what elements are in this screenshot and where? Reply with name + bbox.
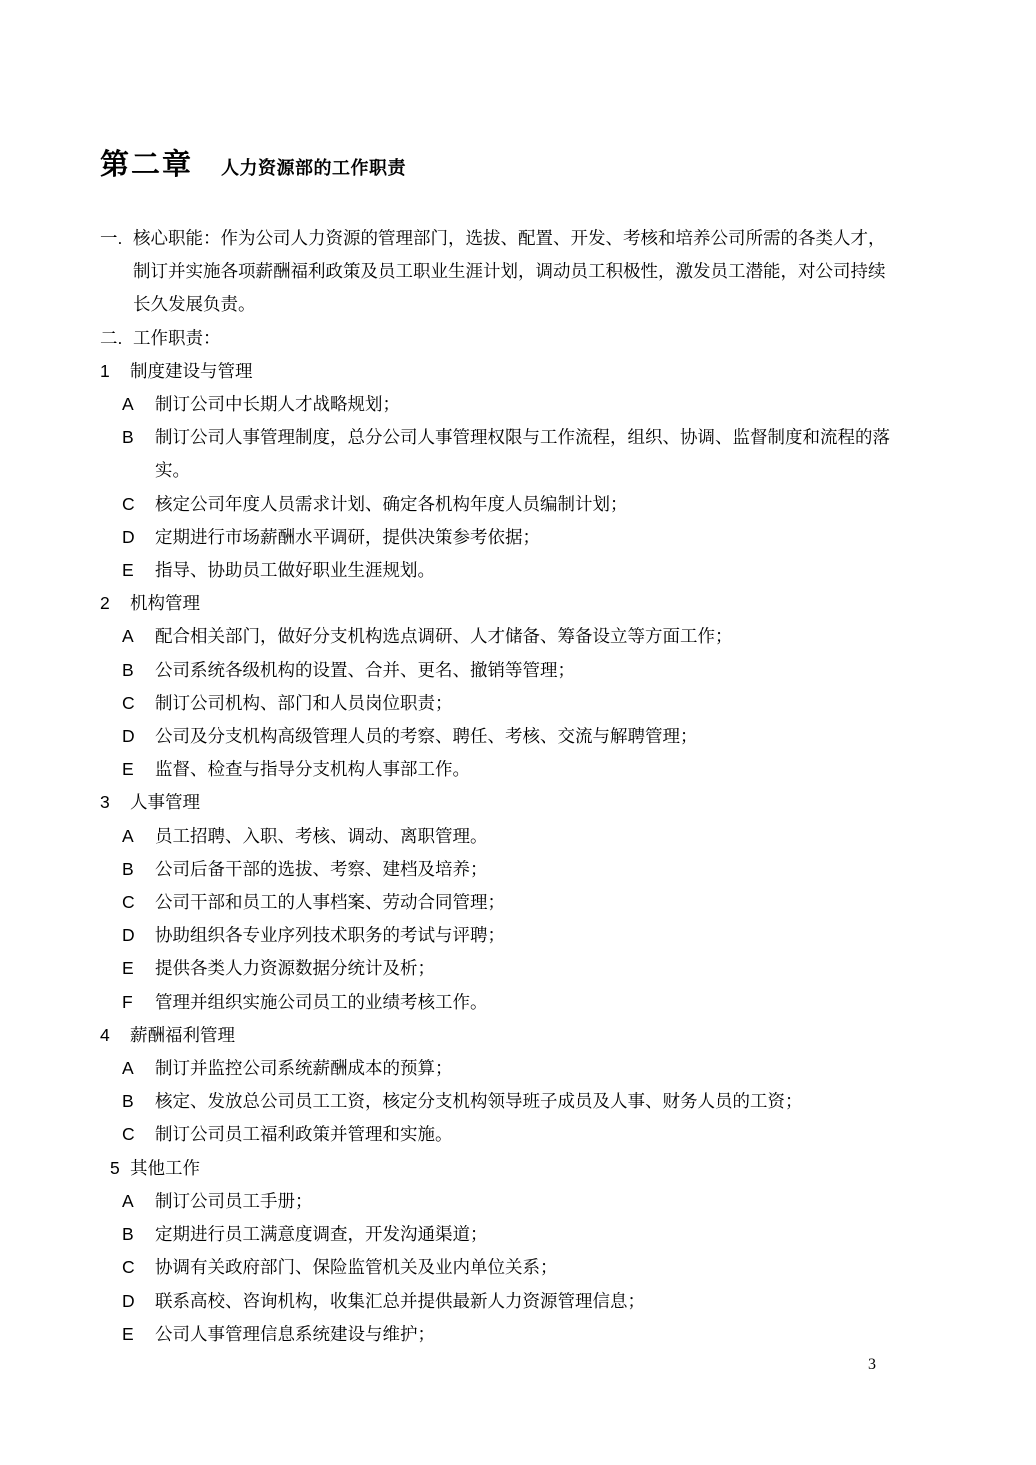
duty-item-3-D-marker: D [122,919,135,952]
duty-item-5-E-marker: E [122,1318,134,1351]
intro-section-2-text: 工作职责： [133,322,970,355]
duty-item-2-D: D公司及分支机构高级管理人员的考察、聘任、考核、交流与解聘管理； [122,720,970,753]
duty-item-5-A-marker: A [122,1185,134,1218]
duty-item-1-A-text: 制订公司中长期人才战略规划； [155,388,970,421]
duty-item-5-B: B定期进行员工满意度调查，开发沟通渠道； [122,1218,970,1251]
duty-item-3-D-text: 协助组织各专业序列技术职务的考试与评聘； [155,919,970,952]
duty-item-3-A: A员工招聘、入职、考核、调动、离职管理。 [122,820,970,853]
duty-item-5-D: D联系高校、咨询机构，收集汇总并提供最新人力资源管理信息； [122,1285,970,1318]
duty-item-4-C-marker: C [122,1118,135,1151]
duty-item-2-D-text: 公司及分支机构高级管理人员的考察、聘任、考核、交流与解聘管理； [155,720,970,753]
intro-section-1: 一.核心职能：作为公司人力资源的管理部门，选拔、配置、开发、考核和培养公司所需的… [100,222,970,322]
duty-item-1-C-marker: C [122,488,135,521]
duty-group-2: 2机构管理 [100,587,970,620]
duty-item-2-A-marker: A [122,620,134,653]
duty-item-1-B-text: 实。 [155,454,970,487]
duty-item-5-B-marker: B [122,1218,134,1251]
duty-item-5-C-text: 协调有关政府部门、保险监管机关及业内单位关系； [155,1251,970,1284]
duty-item-1-A-marker: A [122,388,134,421]
document-page: 第二章 人力资源部的工作职责 一.核心职能：作为公司人力资源的管理部门，选拔、配… [0,0,1036,1465]
intro-section-2-marker: 二. [100,322,122,355]
duty-item-5-C: C协调有关政府部门、保险监管机关及业内单位关系； [122,1251,970,1284]
duty-item-4-B: B核定、发放总公司员工工资，核定分支机构领导班子成员及人事、财务人员的工资； [122,1085,970,1118]
duty-item-3-A-text: 员工招聘、入职、考核、调动、离职管理。 [155,820,970,853]
duty-item-3-A-marker: A [122,820,134,853]
document-body: 一.核心职能：作为公司人力资源的管理部门，选拔、配置、开发、考核和培养公司所需的… [100,222,970,1351]
duty-item-4-A: A制订并监控公司系统薪酬成本的预算； [122,1052,970,1085]
intro-section-1-text: 长久发展负责。 [133,288,970,321]
duty-item-1-D-text: 定期进行市场薪酬水平调研，提供决策参考依据； [155,521,970,554]
duty-item-3-E-marker: E [122,952,134,985]
duty-item-2-C-text: 制订公司机构、部门和人员岗位职责； [155,687,970,720]
duty-item-2-E: E监督、检查与指导分支机构人事部工作。 [122,753,970,786]
duty-item-4-A-marker: A [122,1052,134,1085]
duty-item-2-A: A配合相关部门，做好分支机构选点调研、人才储备、筹备设立等方面工作； [122,620,970,653]
duty-item-1-B-text: 制订公司人事管理制度，总分公司人事管理权限与工作流程，组织、协调、监督制度和流程… [155,421,970,454]
duty-group-2-marker: 2 [100,587,110,620]
duty-group-4: 4薪酬福利管理 [100,1019,970,1052]
duty-item-5-C-marker: C [122,1251,135,1284]
duty-item-3-E: E提供各类人力资源数据分统计及析； [122,952,970,985]
duty-group-5-text: 其他工作 [130,1152,970,1185]
duty-item-5-D-marker: D [122,1285,135,1318]
duty-item-4-B-marker: B [122,1085,134,1118]
duty-item-3-E-text: 提供各类人力资源数据分统计及析； [155,952,970,985]
duty-item-5-A: A制订公司员工手册； [122,1185,970,1218]
duty-item-5-B-text: 定期进行员工满意度调查，开发沟通渠道； [155,1218,970,1251]
duty-item-2-C: C制订公司机构、部门和人员岗位职责； [122,687,970,720]
duty-item-2-D-marker: D [122,720,135,753]
duty-item-1-D: D定期进行市场薪酬水平调研，提供决策参考依据； [122,521,970,554]
duty-item-1-B: B制订公司人事管理制度，总分公司人事管理权限与工作流程，组织、协调、监督制度和流… [122,421,970,487]
chapter-title: 人力资源部的工作职责 [221,154,406,180]
duty-item-2-B: B公司系统各级机构的设置、合并、更名、撤销等管理； [122,654,970,687]
duty-item-1-E-text: 指导、协助员工做好职业生涯规划。 [155,554,970,587]
intro-section-1-text: 制订并实施各项薪酬福利政策及员工职业生涯计划，调动员工积极性，激发员工潜能，对公… [133,255,970,288]
duty-item-3-F: F管理并组织实施公司员工的业绩考核工作。 [122,986,970,1019]
duty-item-4-B-text: 核定、发放总公司员工工资，核定分支机构领导班子成员及人事、财务人员的工资； [155,1085,970,1118]
duty-item-2-E-marker: E [122,753,134,786]
duty-group-4-text: 薪酬福利管理 [130,1019,970,1052]
chapter-heading: 第二章 人力资源部的工作职责 [100,142,406,183]
intro-section-1-text: 核心职能：作为公司人力资源的管理部门，选拔、配置、开发、考核和培养公司所需的各类… [133,222,970,255]
duty-item-1-E-marker: E [122,554,134,587]
duty-item-5-A-text: 制订公司员工手册； [155,1185,970,1218]
duty-item-5-E-text: 公司人事管理信息系统建设与维护； [155,1318,970,1351]
duty-item-2-C-marker: C [122,687,135,720]
duty-item-1-C-text: 核定公司年度人员需求计划、确定各机构年度人员编制计划； [155,488,970,521]
chapter-number: 第二章 [100,142,193,183]
duty-group-2-text: 机构管理 [130,587,970,620]
duty-item-2-B-text: 公司系统各级机构的设置、合并、更名、撤销等管理； [155,654,970,687]
duty-item-1-C: C核定公司年度人员需求计划、确定各机构年度人员编制计划； [122,488,970,521]
duty-group-4-marker: 4 [100,1019,110,1052]
page-number: 3 [868,1356,876,1374]
duty-item-1-B-marker: B [122,421,134,454]
duty-group-3: 3人事管理 [100,786,970,819]
duty-group-3-text: 人事管理 [130,786,970,819]
duty-group-5: 5其他工作 [110,1152,970,1185]
duty-group-1: 1制度建设与管理 [100,355,970,388]
intro-section-2: 二.工作职责： [100,322,970,355]
duty-item-3-D: D协助组织各专业序列技术职务的考试与评聘； [122,919,970,952]
duty-group-1-marker: 1 [100,355,110,388]
duty-item-2-A-text: 配合相关部门，做好分支机构选点调研、人才储备、筹备设立等方面工作； [155,620,970,653]
duty-group-5-marker: 5 [110,1152,120,1185]
duty-item-2-B-marker: B [122,654,134,687]
duty-item-3-B-marker: B [122,853,134,886]
duty-item-4-C-text: 制订公司员工福利政策并管理和实施。 [155,1118,970,1151]
duty-item-1-A: A制订公司中长期人才战略规划； [122,388,970,421]
duty-item-1-E: E指导、协助员工做好职业生涯规划。 [122,554,970,587]
duty-item-5-D-text: 联系高校、咨询机构，收集汇总并提供最新人力资源管理信息； [155,1285,970,1318]
intro-section-1-marker: 一. [100,222,122,255]
duty-group-1-text: 制度建设与管理 [130,355,970,388]
duty-item-3-C-marker: C [122,886,135,919]
duty-item-3-C: C公司干部和员工的人事档案、劳动合同管理； [122,886,970,919]
duty-item-4-C: C制订公司员工福利政策并管理和实施。 [122,1118,970,1151]
duty-item-3-B-text: 公司后备干部的选拔、考察、建档及培养； [155,853,970,886]
duty-item-5-E: E公司人事管理信息系统建设与维护； [122,1318,970,1351]
duty-item-3-F-text: 管理并组织实施公司员工的业绩考核工作。 [155,986,970,1019]
duty-item-3-C-text: 公司干部和员工的人事档案、劳动合同管理； [155,886,970,919]
duty-item-2-E-text: 监督、检查与指导分支机构人事部工作。 [155,753,970,786]
duty-item-1-D-marker: D [122,521,135,554]
duty-group-3-marker: 3 [100,786,110,819]
duty-item-4-A-text: 制订并监控公司系统薪酬成本的预算； [155,1052,970,1085]
duty-item-3-F-marker: F [122,986,133,1019]
duty-item-3-B: B公司后备干部的选拔、考察、建档及培养； [122,853,970,886]
